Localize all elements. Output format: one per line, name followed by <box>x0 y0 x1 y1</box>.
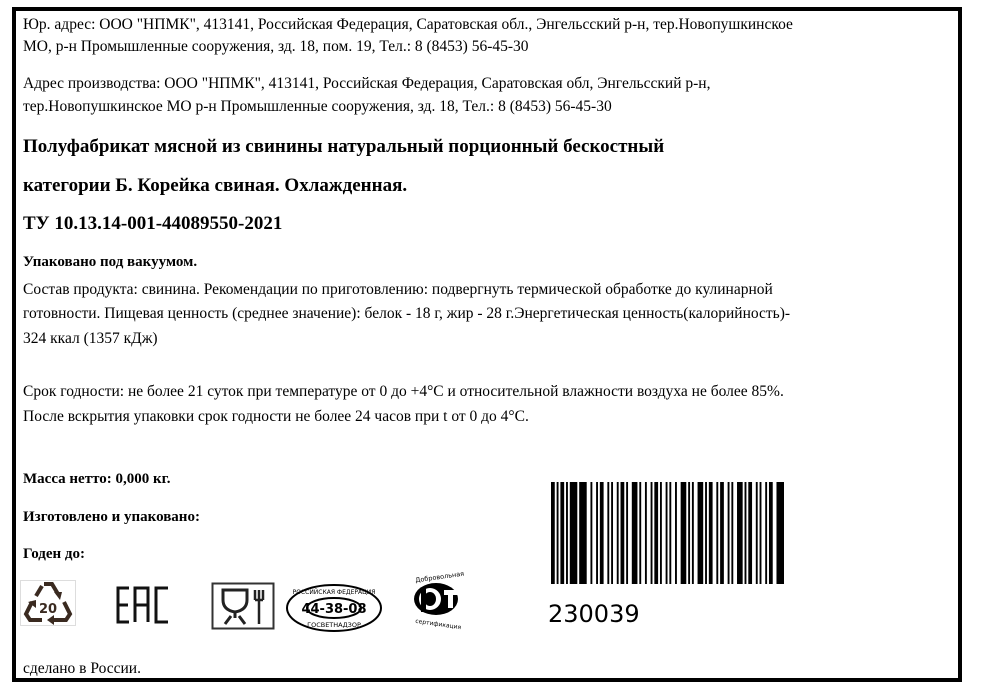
food-safe-icon <box>211 582 275 630</box>
svg-text:Добровольная: Добровольная <box>415 570 465 584</box>
svg-text:ГОСВЕТНАДЗОР: ГОСВЕТНАДЗОР <box>307 621 361 629</box>
product-standard: ТУ 10.13.14-001-44089550-2021 <box>23 212 282 236</box>
packaging-note: Упаковано под вакуумом. <box>23 252 197 273</box>
composition-line3: 324 ккал (1357 кДж) <box>23 328 158 349</box>
product-label: Юр. адрес: ООО "НПМК", 413141, Российска… <box>12 7 962 682</box>
manufactured-label: Изготовлено и упаковано: <box>23 507 200 528</box>
vet-seal-icon: 44-38-08 РОССИЙСКАЯ ФЕДЕРАЦИЯ ГОСВЕТНАДЗ… <box>284 583 384 633</box>
composition-line2: готовности. Пищевая ценность (среднее зн… <box>23 303 790 324</box>
rst-certification-icon: Добровольная сертификация <box>406 570 472 630</box>
svg-text:РОССИЙСКАЯ ФЕДЕРАЦИЯ: РОССИЙСКАЯ ФЕДЕРАЦИЯ <box>293 589 376 596</box>
svg-text:44-38-08: 44-38-08 <box>301 602 366 617</box>
net-weight: Масса нетто: 0,000 кг. <box>23 469 171 490</box>
product-title-line1: Полуфабрикат мясной из свинины натуральн… <box>23 135 664 159</box>
svg-text:20: 20 <box>39 602 57 617</box>
legal-address-line2: МО, р-н Промышленные сооружения, зд. 18,… <box>23 36 529 57</box>
product-title-line2: категории Б. Корейка свиная. Охлажденная… <box>23 174 407 198</box>
composition-line1: Состав продукта: свинина. Рекомендации п… <box>23 279 773 300</box>
barcode-number: 230039 <box>548 600 640 628</box>
best-before-label: Годен до: <box>23 544 85 565</box>
svg-text:сертификация: сертификация <box>415 618 462 630</box>
recycle-icon: 20 <box>20 580 76 626</box>
shelf-life-line2: После вскрытия упаковки срок годности не… <box>23 406 529 427</box>
shelf-life-line1: Срок годности: не более 21 суток при тем… <box>23 381 784 402</box>
production-address-line2: тер.Новопушкинское МО р-н Промышленные с… <box>23 96 612 117</box>
made-in-russia: сделано в России. <box>23 658 141 679</box>
production-address-line1: Адрес производства: ООО "НПМК", 413141, … <box>23 73 710 94</box>
eac-icon <box>115 585 173 625</box>
barcode <box>551 482 784 584</box>
legal-address-line1: Юр. адрес: ООО "НПМК", 413141, Российска… <box>23 14 793 35</box>
